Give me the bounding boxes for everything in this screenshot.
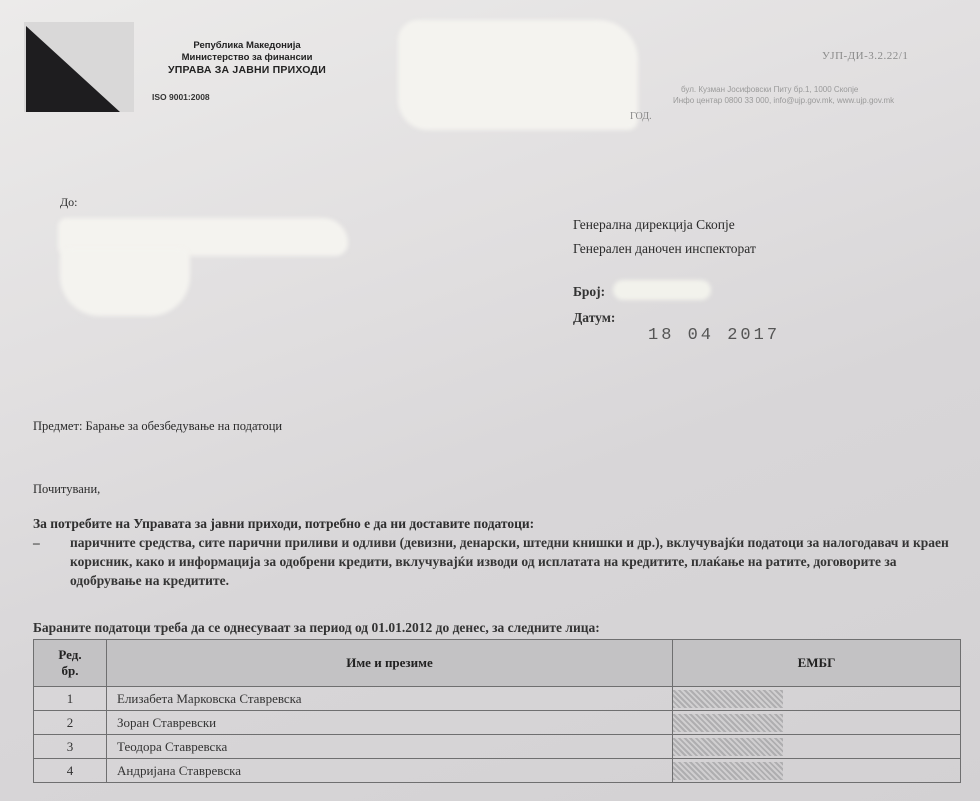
subject-line: Предмет: Барање за обезбедување на подат… [33, 419, 282, 434]
table-header-row: Ред. бр. Име и презиме ЕМБГ [34, 640, 961, 687]
org-line-republic: Република Македонија [152, 40, 342, 52]
date-label: Датум: [573, 310, 615, 326]
intro-paragraph: За потребите на Управата за јавни приход… [33, 516, 534, 532]
org-line-agency: УПРАВА ЗА ЈАВНИ ПРИХОДИ [152, 64, 342, 77]
row-name: Андријана Ставревска [107, 759, 673, 783]
header-full-name: Име и презиме [107, 640, 673, 687]
redacted-fragment: ГОД. [630, 111, 652, 122]
number-label: Број: [573, 284, 605, 300]
embg-redaction [673, 738, 783, 756]
sender-block: Генерална дирекција Скопје Генерален дан… [573, 213, 756, 261]
redaction-header [398, 20, 638, 130]
header-num-line1: Ред. [58, 647, 81, 662]
redaction-number [613, 280, 711, 300]
row-embg [673, 759, 961, 783]
address-line-2: Инфо центар 0800 33 000, info@ujp.gov.mk… [673, 95, 980, 106]
sender-directorate: Генерална дирекција Скопје [573, 213, 756, 237]
embg-redaction [673, 714, 783, 732]
header-embg: ЕМБГ [673, 640, 961, 687]
iso-label: ISO 9001:2008 [152, 92, 210, 102]
row-embg [673, 687, 961, 711]
address-block: бул. Кузман Јосифовски Питу бр.1, 1000 С… [681, 84, 980, 106]
header-num-line2: бр. [62, 663, 79, 678]
row-embg [673, 735, 961, 759]
bullet-dash: – [33, 533, 40, 552]
table-row: 4 Андријана Ставревска [34, 759, 961, 783]
bullet-text: паричните средства, сите парични приливи… [70, 533, 970, 590]
row-embg [673, 711, 961, 735]
period-paragraph: Бараните податоци треба да се однесуваат… [33, 620, 600, 636]
sender-inspectorate: Генерален даночен инспекторат [573, 237, 756, 261]
address-line-1: бул. Кузман Јосифовски Питу бр.1, 1000 С… [681, 84, 980, 95]
redaction-recipient-2 [60, 248, 190, 316]
embg-redaction [673, 762, 783, 780]
table-row: 2 Зоран Ставревски [34, 711, 961, 735]
embg-redaction [673, 690, 783, 708]
header-row-number: Ред. бр. [34, 640, 107, 687]
date-stamp: 18 04 2017 [648, 326, 780, 345]
table-row: 1 Елизабета Марковска Ставревска [34, 687, 961, 711]
greeting: Почитувани, [33, 482, 100, 497]
row-number: 4 [34, 759, 107, 783]
table-row: 3 Теодора Ставревска [34, 735, 961, 759]
to-label: До: [60, 195, 78, 210]
organization-header: Република Македонија Министерство за фин… [152, 40, 342, 77]
row-number: 2 [34, 711, 107, 735]
document-reference: УЈП-ДИ-3.2.22/1 [822, 50, 908, 62]
ujp-logo-icon [24, 24, 134, 114]
org-line-ministry: Министерство за финансии [152, 52, 342, 64]
document-page: Република Македонија Министерство за фин… [0, 0, 980, 801]
persons-table: Ред. бр. Име и презиме ЕМБГ 1 Елизабета … [33, 639, 961, 783]
row-number: 3 [34, 735, 107, 759]
row-name: Елизабета Марковска Ставревска [107, 687, 673, 711]
row-name: Зоран Ставревски [107, 711, 673, 735]
row-name: Теодора Ставревска [107, 735, 673, 759]
row-number: 1 [34, 687, 107, 711]
